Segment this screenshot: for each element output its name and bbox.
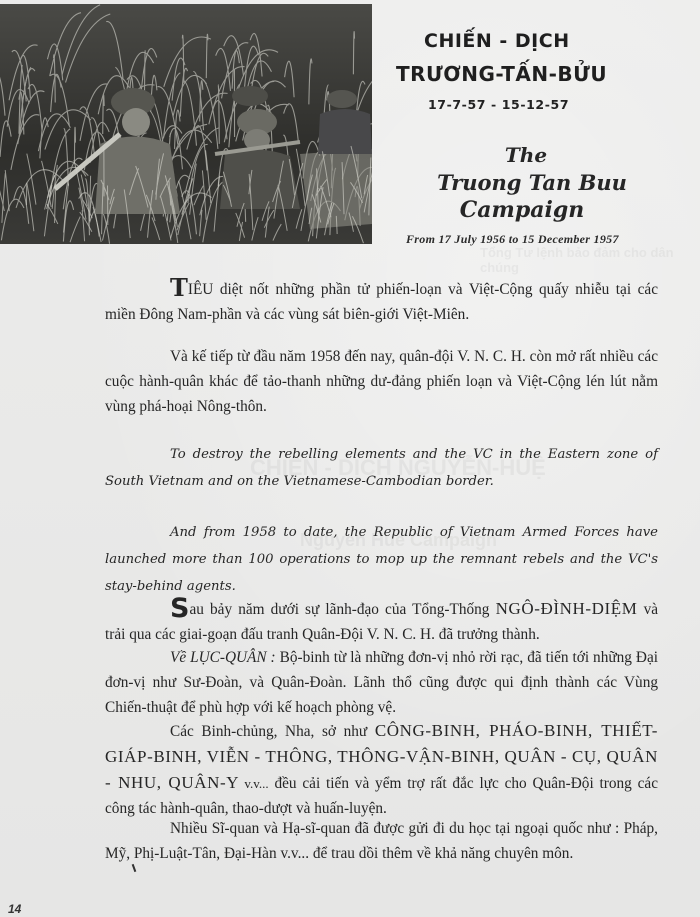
president-name: NGÔ-ĐÌNH-DIỆM <box>496 599 638 618</box>
vn-title-line1: CHIẾN - DỊCH <box>424 32 570 51</box>
lead-word: IÊU <box>188 281 214 298</box>
paragraph-5: Sau bảy năm dưới sự lãnh-đạo của Tổng-Th… <box>105 595 658 647</box>
photo-soldiers-icon <box>0 4 372 244</box>
vn-title-line2: TRƯƠNG-TẤN-BỬU <box>396 64 607 84</box>
campaign-photo <box>0 4 372 244</box>
paragraph-2: Và kế tiếp từ đầu năm 1958 đến nay, quân… <box>105 344 658 419</box>
dropcap-s: S <box>170 593 189 624</box>
dropcap-t: T <box>170 273 188 302</box>
en-title-line1: The <box>362 143 690 167</box>
en-subtitle-dates: From 17 July 1956 to 15 December 1957 <box>406 232 619 247</box>
paragraph-3-english: To destroy the rebelling elements and th… <box>105 441 658 495</box>
paragraph-7: Các Binh-chủng, Nha, sở như CÔNG-BINH, P… <box>105 718 658 821</box>
paragraph-6: Về LỤC-QUÂN : Bộ-binh từ là những đơn-vị… <box>105 645 658 720</box>
paragraph-4-english: And from 1958 to date, the Republic of V… <box>105 519 658 600</box>
paragraph-1: TIÊU diệt nốt những phần tử phiến-loạn v… <box>105 276 658 327</box>
etc-abbrev: v.v... <box>239 776 269 791</box>
en-title-line2: Truong Tan Buu <box>368 170 696 195</box>
page-number: 14 <box>8 902 21 916</box>
bleed-through-text: Tổng Tư lệnh bảo đảm cho dân chúng <box>480 245 700 275</box>
en-title-line3: Campaign <box>358 197 686 223</box>
paragraph-8: Nhiều Sĩ-quan và Hạ-sĩ-quan đã được gửi … <box>105 816 658 866</box>
vn-dates: 17-7-57 - 15-12-57 <box>428 97 569 112</box>
section-label-luc-quan: Về LỤC-QUÂN : <box>170 649 276 666</box>
paragraph-5-text-a: au bảy năm dưới sự lãnh-đạo của Tổng-Thố… <box>189 601 495 618</box>
document-page: Tổng Tư lệnh bảo đảm cho dân chúng CHIẾN… <box>0 0 700 917</box>
paragraph-7-text-a: Các Binh-chủng, Nha, sở như <box>170 723 375 740</box>
